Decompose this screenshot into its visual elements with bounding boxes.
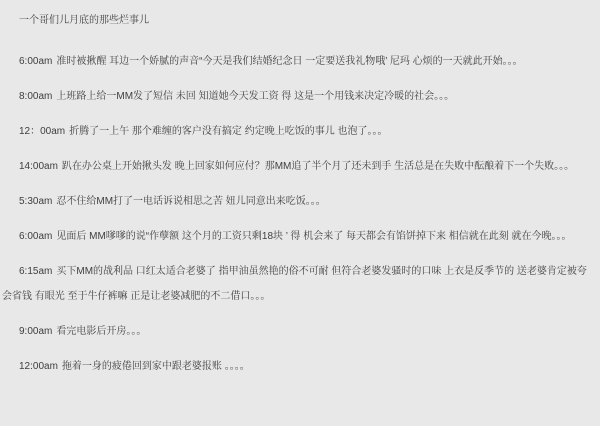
entry-time: 14:00am [19, 161, 58, 172]
entry-text: 折腾了一上午 那个难缠的客户没有搞定 约定晚上吃饭的事儿 也泡了。。。 [69, 126, 387, 137]
diary-entry: 6:00am准时被揪醒 耳边一个娇腻的声音“今天是我们结婚纪念日 一定要送我礼物… [2, 49, 592, 74]
entry-time: 12：00am [19, 126, 65, 137]
entry-time: 6:15am [19, 266, 52, 277]
entry-text: 准时被揪醒 耳边一个娇腻的声音“今天是我们结婚纪念日 一定要送我礼物哦’ 尼玛 … [56, 56, 522, 67]
diary-entry: 6:15am买下MM的战利品 口红太适合老婆了 指甲油虽然艳的俗不可耐 但符合老… [2, 259, 592, 309]
entry-time: 8:00am [19, 91, 52, 102]
entry-text: 见面后 MM嗲嗲的说“作孽额 这个月的工资只剩18块 ’ 得 机会来了 每天都会… [56, 231, 571, 242]
entry-text: 买下MM的战利品 口红太适合老婆了 指甲油虽然艳的俗不可耐 但符合老婆发骚时的口… [2, 266, 587, 302]
page-title: 一个哥们儿月底的那些烂事儿 [2, 8, 592, 33]
entry-text: 上班路上给一MM发了短信 未回 知道她今天发工资 得 这是一个用钱来决定冷暖的社… [56, 91, 454, 102]
entry-text: 看完电影后开房。。。 [56, 326, 146, 337]
diary-entry: 6:00am见面后 MM嗲嗲的说“作孽额 这个月的工资只剩18块 ’ 得 机会来… [2, 224, 592, 249]
entry-time: 6:00am [19, 56, 52, 67]
diary-entry: 8:00am上班路上给一MM发了短信 未回 知道她今天发工资 得 这是一个用钱来… [2, 84, 592, 109]
diary-entry: 14:00am趴在办公桌上开始揪头发 晚上回家如何应付？那MM追了半个月了还未到… [2, 154, 592, 179]
entry-time: 9:00am [19, 326, 52, 337]
diary-entry: 12：00am折腾了一上午 那个难缠的客户没有搞定 约定晚上吃饭的事儿 也泡了。… [2, 119, 592, 144]
entry-text: 趴在办公桌上开始揪头发 晚上回家如何应付？那MM追了半个月了还未到手 生活总是在… [62, 161, 574, 172]
document-page: 一个哥们儿月底的那些烂事儿 6:00am准时被揪醒 耳边一个娇腻的声音“今天是我… [0, 0, 600, 379]
entry-text: 忍不住给MM打了一电话诉说相思之苦 妞儿同意出来吃饭。。。 [56, 196, 325, 207]
entry-text: 拖着一身的疲倦回到家中跟老婆报账 。。。。 [62, 361, 250, 372]
entry-time: 5:30am [19, 196, 52, 207]
diary-entry: 12:00am拖着一身的疲倦回到家中跟老婆报账 。。。。 [2, 354, 592, 379]
entry-time: 12:00am [19, 361, 58, 372]
diary-entry: 5:30am忍不住给MM打了一电话诉说相思之苦 妞儿同意出来吃饭。。。 [2, 189, 592, 214]
diary-entry: 9:00am看完电影后开房。。。 [2, 319, 592, 344]
entry-time: 6:00am [19, 231, 52, 242]
